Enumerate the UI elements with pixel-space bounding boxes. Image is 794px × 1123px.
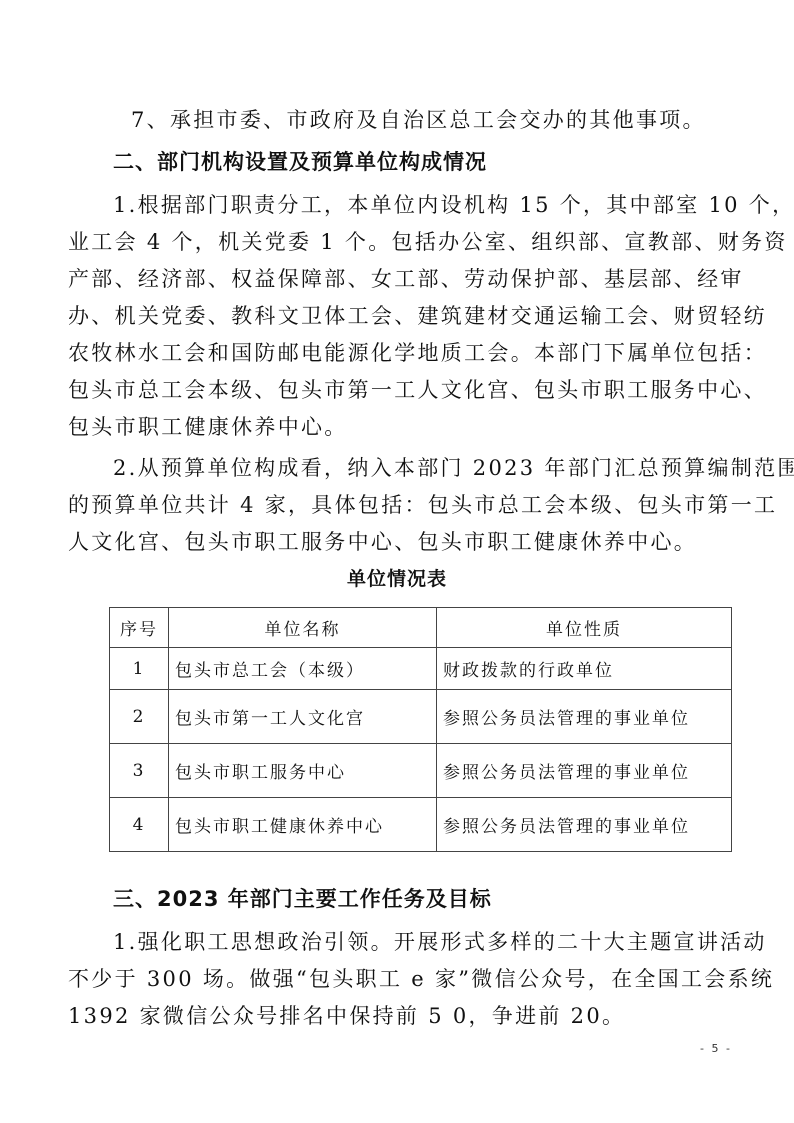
paragraph-line: 包头市总工会本级、包头市第一工人文化宫、包头市职工服务中心、 bbox=[68, 376, 767, 404]
paragraph-line: 不少于 300 场。做强“包头职工 e 家”微信公众号，在全国工会系统 bbox=[68, 965, 774, 993]
cell-unit-type: 参照公务员法管理的事业单位 bbox=[437, 744, 732, 798]
paragraph-line: 2.从预算单位构成看，纳入本部门 2023 年部门汇总预算编制范围 bbox=[113, 454, 794, 482]
paragraph-line: 产部、经济部、权益保障部、女工部、劳动保护部、基层部、经审 bbox=[68, 265, 744, 293]
paragraph-line: 1.根据部门职责分工，本单位内设机构 15 个，其中部室 10 个，产 bbox=[113, 191, 794, 219]
cell-unit-type: 参照公务员法管理的事业单位 bbox=[437, 798, 732, 852]
header-unit-name: 单位名称 bbox=[169, 608, 437, 648]
header-index: 序号 bbox=[110, 608, 169, 648]
item-7: 7、承担市委、市政府及自治区总工会交办的其他事项。 bbox=[131, 106, 706, 134]
section-2-heading: 二、部门机构设置及预算单位构成情况 bbox=[113, 148, 487, 176]
paragraph-line: 的预算单位共计 4 家，具体包括：包头市总工会本级、包头市第一工 bbox=[68, 491, 777, 519]
page-number: - 5 - bbox=[700, 1042, 732, 1055]
paragraph-line: 人文化宫、包头市职工服务中心、包头市职工健康休养中心。 bbox=[68, 528, 697, 556]
cell-index: 1 bbox=[110, 648, 169, 690]
cell-unit-type: 财政拨款的行政单位 bbox=[437, 648, 732, 690]
table-header-row: 序号 单位名称 单位性质 bbox=[110, 608, 732, 648]
paragraph-line: 业工会 4 个，机关党委 1 个。包括办公室、组织部、宣教部、财务资 bbox=[68, 228, 788, 256]
table-row: 1 包头市总工会（本级） 财政拨款的行政单位 bbox=[110, 648, 732, 690]
paragraph-line: 办、机关党委、教科文卫体工会、建筑建材交通运输工会、财贸轻纺 bbox=[68, 302, 767, 330]
table-row: 3 包头市职工服务中心 参照公务员法管理的事业单位 bbox=[110, 744, 732, 798]
cell-unit-name: 包头市总工会（本级） bbox=[169, 648, 437, 690]
cell-unit-name: 包头市第一工人文化宫 bbox=[169, 690, 437, 744]
cell-index: 4 bbox=[110, 798, 169, 852]
header-unit-type: 单位性质 bbox=[437, 608, 732, 648]
paragraph-line: 包头市职工健康休养中心。 bbox=[68, 413, 348, 441]
table-row: 4 包头市职工健康休养中心 参照公务员法管理的事业单位 bbox=[110, 798, 732, 852]
paragraph-line: 1.强化职工思想政治引领。开展形式多样的二十大主题宣讲活动 bbox=[113, 928, 767, 956]
section-3-heading: 三、2023 年部门主要工作任务及目标 bbox=[113, 885, 492, 913]
cell-unit-name: 包头市职工健康休养中心 bbox=[169, 798, 437, 852]
cell-unit-type: 参照公务员法管理的事业单位 bbox=[437, 690, 732, 744]
cell-index: 3 bbox=[110, 744, 169, 798]
table-row: 2 包头市第一工人文化宫 参照公务员法管理的事业单位 bbox=[110, 690, 732, 744]
paragraph-line: 农牧林水工会和国防邮电能源化学地质工会。本部门下属单位包括： bbox=[68, 339, 767, 367]
cell-index: 2 bbox=[110, 690, 169, 744]
cell-unit-name: 包头市职工服务中心 bbox=[169, 744, 437, 798]
paragraph-line: 1392 家微信公众号排名中保持前 5 0，争进前 20。 bbox=[68, 1002, 625, 1030]
unit-table: 序号 单位名称 单位性质 1 包头市总工会（本级） 财政拨款的行政单位 2 包头… bbox=[109, 607, 732, 852]
table-title: 单位情况表 bbox=[0, 566, 794, 592]
